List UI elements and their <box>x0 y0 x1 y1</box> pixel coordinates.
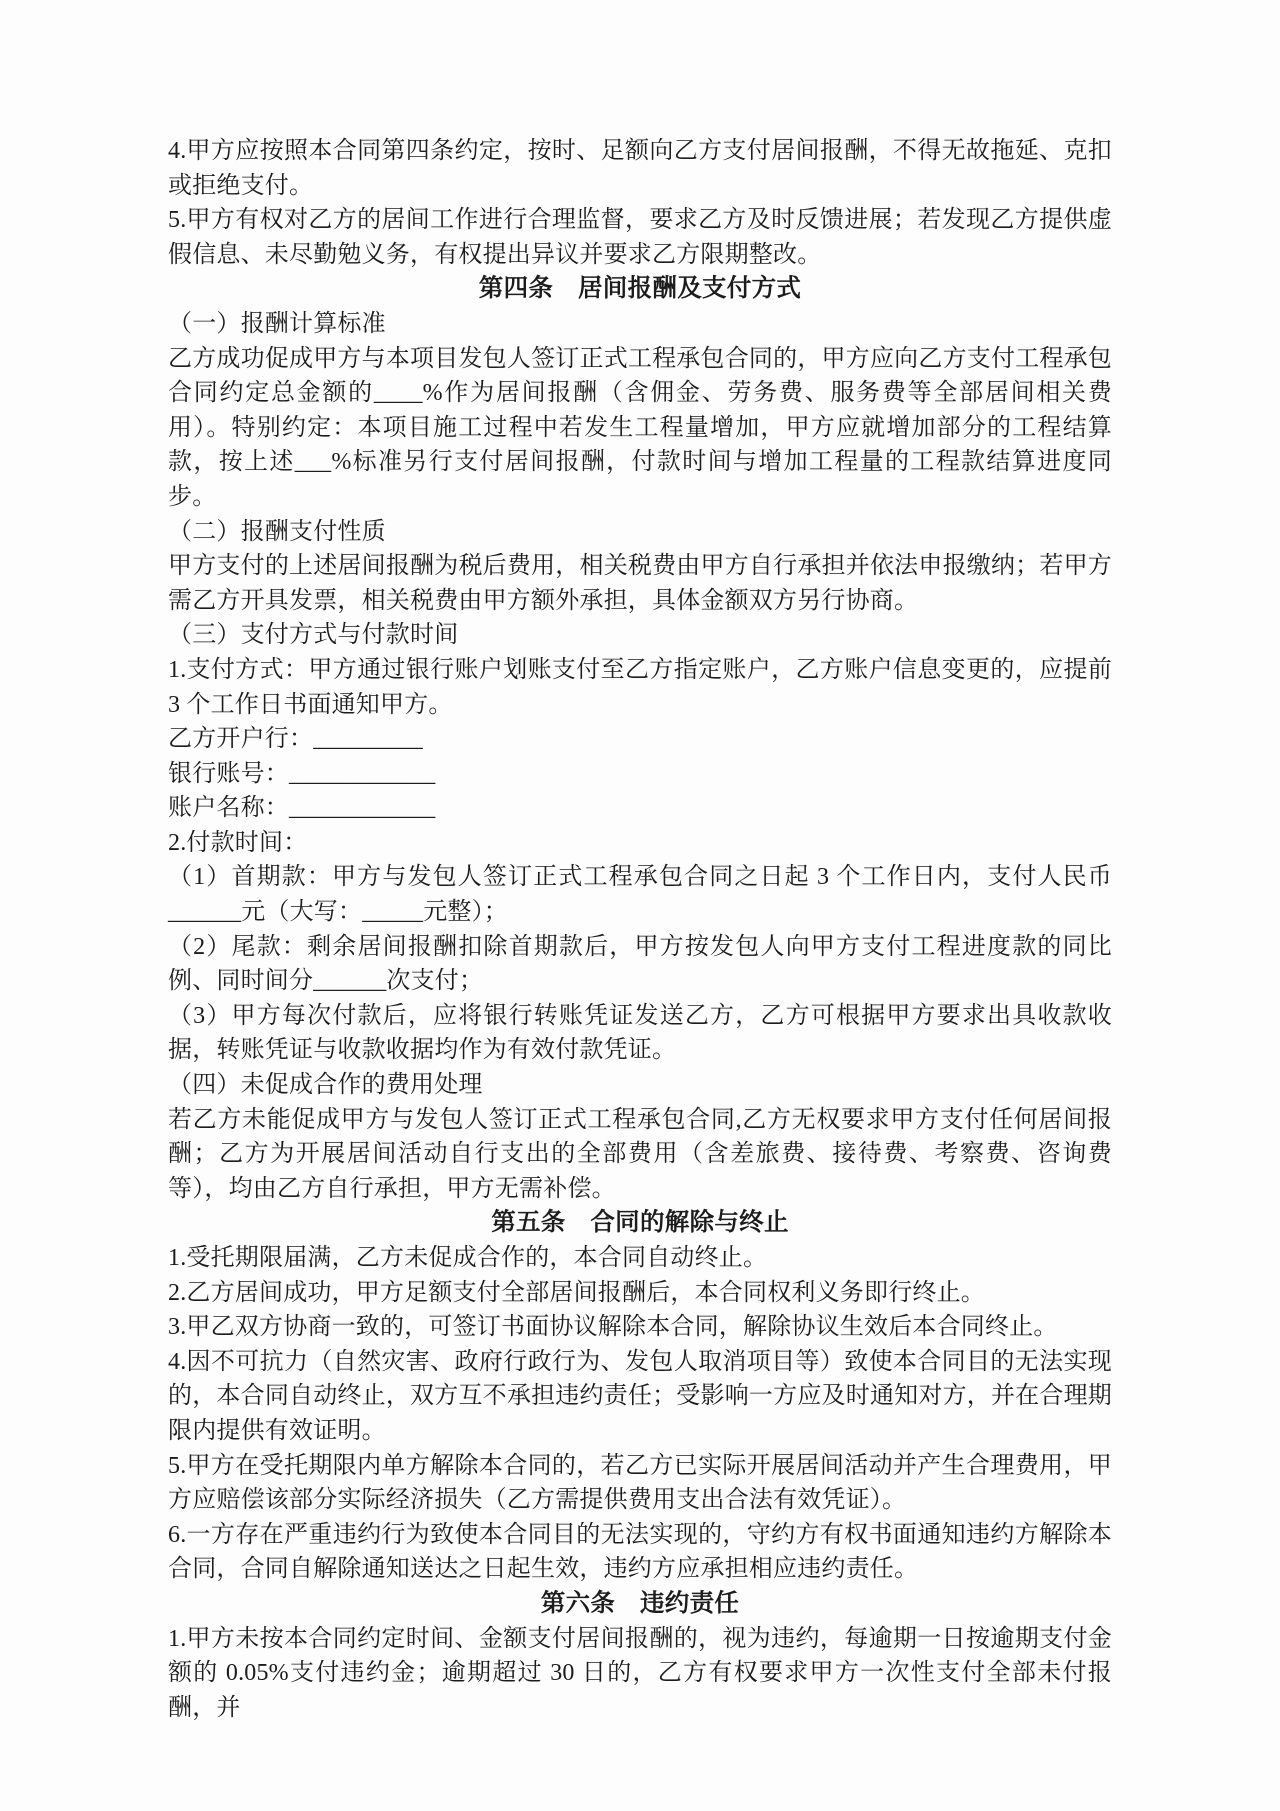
contract-paragraph: （2）尾款：剩余居间报酬扣除首期款后，甲方按发包人向甲方支付工程进度款的同比例、… <box>168 930 1112 999</box>
section-heading: 第四条 居间报酬及支付方式 <box>168 272 1112 307</box>
contract-paragraph: 4.甲方应按照本合同第四条约定，按时、足额向乙方支付居间报酬，不得无故拖延、克扣… <box>168 134 1112 203</box>
contract-paragraph: 6.一方存在严重违约行为致使本合同目的无法实现的，守约方有权书面通知违约方解除本… <box>168 1518 1112 1587</box>
contract-paragraph: 若乙方未能促成甲方与发包人签订正式工程承包合同,乙方无权要求甲方支付任何居间报酬… <box>168 1103 1112 1207</box>
contract-paragraph: 5.甲方在受托期限内单方解除本合同的，若乙方已实际开展居间活动并产生合理费用，甲… <box>168 1449 1112 1518</box>
contract-paragraph: 2.付款时间： <box>168 826 1112 861</box>
contract-paragraph: 1.甲方未按本合同约定时间、金额支付居间报酬的，视为违约，每逾期一日按逾期支付金… <box>168 1622 1112 1726</box>
contract-paragraph: （1）首期款：甲方与发包人签订正式工程承包合同之日起 3 个工作日内，支付人民币… <box>168 860 1112 929</box>
contract-paragraph: 账户名称：____________ <box>168 791 1112 826</box>
section-heading: 第六条 违约责任 <box>168 1587 1112 1622</box>
contract-paragraph: 甲方支付的上述居间报酬为税后费用，相关税费由甲方自行承担并依法申报缴纳；若甲方需… <box>168 549 1112 618</box>
contract-paragraph: 1.支付方式：甲方通过银行账户划账支付至乙方指定账户，乙方账户信息变更的，应提前… <box>168 653 1112 722</box>
contract-paragraph: 1.受托期限届满，乙方未促成合作的，本合同自动终止。 <box>168 1241 1112 1276</box>
document-content: 4.甲方应按照本合同第四条约定，按时、足额向乙方支付居间报酬，不得无故拖延、克扣… <box>168 134 1112 1725</box>
contract-paragraph: （三）支付方式与付款时间 <box>168 618 1112 653</box>
contract-paragraph: 3.甲乙双方协商一致的，可签订书面协议解除本合同，解除协议生效后本合同终止。 <box>168 1310 1112 1345</box>
section-heading: 第五条 合同的解除与终止 <box>168 1206 1112 1241</box>
contract-paragraph: 2.乙方居间成功，甲方足额支付全部居间报酬后，本合同权利义务即行终止。 <box>168 1276 1112 1311</box>
contract-document-page: 4.甲方应按照本合同第四条约定，按时、足额向乙方支付居间报酬，不得无故拖延、克扣… <box>0 0 1280 1811</box>
contract-paragraph: （一）报酬计算标准 <box>168 307 1112 342</box>
contract-paragraph: 银行账号：____________ <box>168 757 1112 792</box>
contract-paragraph: （3）甲方每次付款后，应将银行转账凭证发送乙方，乙方可根据甲方要求出具收款收据，… <box>168 999 1112 1068</box>
contract-paragraph: 乙方开户行：_________ <box>168 722 1112 757</box>
contract-paragraph: （四）未促成合作的费用处理 <box>168 1068 1112 1103</box>
contract-paragraph: （二）报酬支付性质 <box>168 515 1112 550</box>
contract-paragraph: 4.因不可抗力（自然灾害、政府行政行为、发包人取消项目等）致使本合同目的无法实现… <box>168 1345 1112 1449</box>
contract-paragraph: 乙方成功促成甲方与本项目发包人签订正式工程承包合同的，甲方应向乙方支付工程承包合… <box>168 342 1112 515</box>
contract-paragraph: 5.甲方有权对乙方的居间工作进行合理监督，要求乙方及时反馈进展；若发现乙方提供虚… <box>168 203 1112 272</box>
